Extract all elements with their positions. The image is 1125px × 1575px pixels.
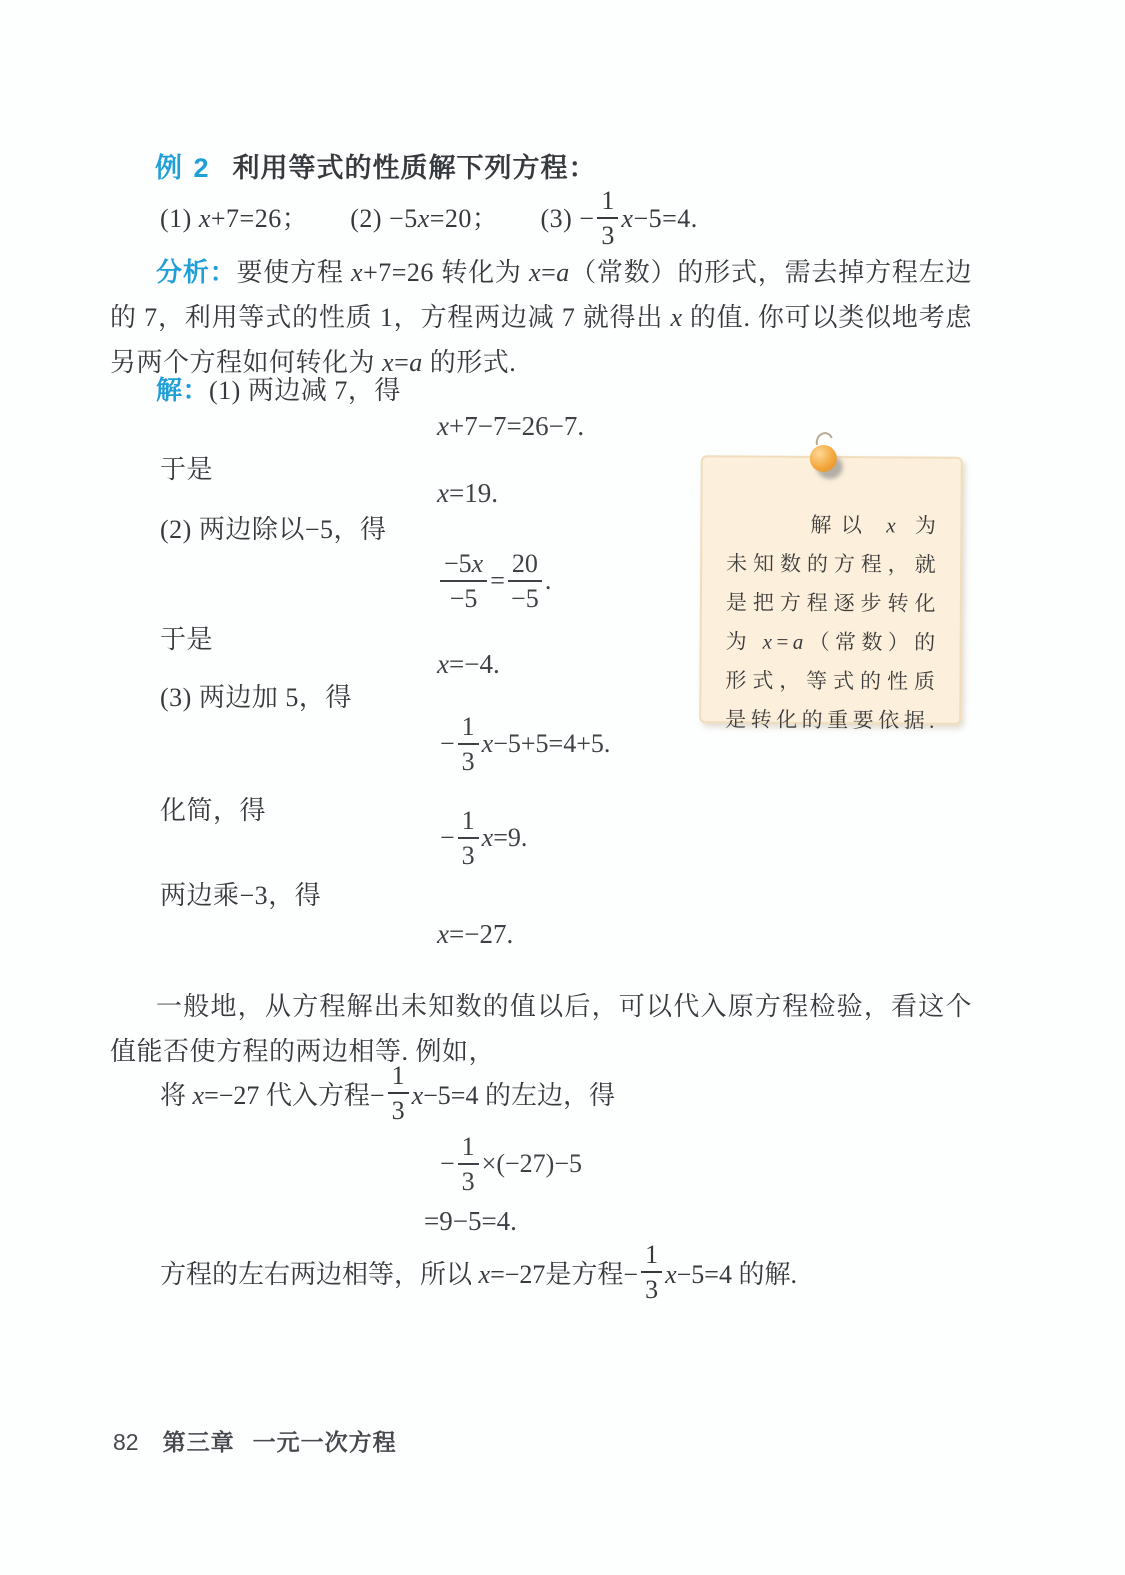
- minus-sign: −: [440, 728, 455, 760]
- problem-3: (3) −13x−5=4.: [540, 187, 697, 250]
- solution-label: 解：: [156, 375, 209, 405]
- evaluate-result: =9−5=4.: [424, 1205, 517, 1237]
- page-number: 82: [113, 1429, 139, 1456]
- equation-5-rest: x−5+5=4+5.: [482, 728, 611, 760]
- fraction-denominator: 3: [458, 745, 479, 775]
- fraction-denominator: −5: [440, 582, 487, 612]
- equation-3: −5x−5 = 20−5 .: [437, 543, 551, 619]
- simplify-intro: 化简，得: [160, 793, 266, 827]
- evaluate-expression: −13×(−27)−5: [440, 1132, 582, 1196]
- fraction: −5x−5: [440, 550, 487, 613]
- fraction-denominator: 3: [458, 1165, 479, 1195]
- fraction-numerator: 1: [458, 1133, 479, 1165]
- minus-sign: −: [440, 822, 455, 854]
- section-title: 一元一次方程: [253, 1424, 397, 1457]
- fraction-denominator: −5: [508, 582, 542, 612]
- check-paragraph: 一般地，从方程解出未知数的值以后，可以代入原方程检验，看这个值能否使方程的两边相…: [110, 984, 972, 1074]
- fraction-numerator: −5x: [440, 550, 487, 582]
- example-title: 利用等式的性质解下列方程：: [233, 153, 597, 183]
- equation-3-period: .: [545, 565, 552, 597]
- substitute-pre: 将 x=−27 代入方程−: [160, 1075, 385, 1112]
- equals-sign: =: [490, 565, 505, 597]
- equation-6: −13x=9.: [440, 806, 527, 870]
- margin-note: 解以 x 为未知数的方程，就是把方程逐步转化为 x=a（常数）的形式，等式的性质…: [699, 455, 963, 725]
- fraction-denominator: 3: [388, 1094, 409, 1124]
- analysis-text: 要使方程 x+7=26 转化为 x=a（常数）的形式，需去掉方程左边的 7，利用…: [110, 257, 972, 377]
- problems-row: (1) x+7=26； (2) −5x=20； (3) −13x−5=4.: [160, 186, 740, 250]
- fraction-numerator: 20: [508, 550, 542, 582]
- analysis-label: 分析：: [156, 257, 236, 287]
- problem-1: (1) x+7=26；: [160, 201, 308, 236]
- fraction-denominator: 3: [641, 1273, 662, 1303]
- fraction: 13: [458, 1133, 479, 1196]
- substitute-post: x−5=4 的左边，得: [412, 1075, 615, 1112]
- example-label: 例 2: [155, 153, 211, 183]
- problem-3-pre: (3) −: [540, 201, 594, 236]
- fraction: 13: [458, 807, 479, 870]
- equation-1: x+7−7=26−7.: [437, 410, 584, 442]
- equation-7: x=−27.: [437, 918, 513, 950]
- substitute-line: 将 x=−27 代入方程−13x−5=4 的左边，得: [160, 1062, 615, 1124]
- fraction-numerator: 1: [641, 1241, 662, 1273]
- page-footer: 82 第三章 一元一次方程: [113, 1424, 397, 1457]
- fraction: 13: [388, 1062, 409, 1125]
- example-heading: 例 2利用等式的性质解下列方程：: [155, 146, 597, 185]
- solution-step-1: 解：(1) 两边减 7，得: [110, 368, 972, 413]
- equation-5: −13x−5+5=4+5.: [440, 712, 610, 776]
- fraction-numerator: 1: [458, 713, 479, 745]
- conclusion-line: 方程的左右两边相等，所以 x=−27是方程−13x−5=4 的解.: [160, 1240, 797, 1304]
- conclusion-post: x−5=4 的解.: [665, 1254, 797, 1291]
- fraction: 13: [597, 187, 618, 250]
- fraction-numerator: 1: [458, 807, 479, 839]
- fraction-denominator: 3: [458, 839, 479, 869]
- margin-note-text: 解以 x 为未知数的方程，就是把方程逐步转化为 x=a（常数）的形式，等式的性质…: [725, 505, 940, 740]
- then-2: 于是: [160, 622, 213, 656]
- chapter-label: 第三章: [163, 1424, 235, 1457]
- step-1-intro: (1) 两边减 7，得: [209, 375, 401, 405]
- analysis-paragraph: 分析：要使方程 x+7=26 转化为 x=a（常数）的形式，需去掉方程左边的 7…: [110, 250, 972, 385]
- equation-4: x=−4.: [437, 648, 500, 680]
- fraction: 13: [641, 1241, 662, 1304]
- evaluate-rest: ×(−27)−5: [482, 1148, 582, 1180]
- conclusion-pre: 方程的左右两边相等，所以 x=−27是方程−: [160, 1254, 638, 1291]
- fraction: 20−5: [508, 550, 542, 613]
- problem-2: (2) −5x=20；: [350, 201, 498, 236]
- multiply-intro: 两边乘−3，得: [160, 878, 321, 913]
- minus-sign: −: [440, 1148, 455, 1180]
- equation-6-rest: x=9.: [482, 822, 528, 854]
- pushpin-ball: [810, 445, 837, 472]
- fraction-numerator: 1: [388, 1062, 409, 1094]
- fraction: 13: [458, 713, 479, 776]
- step-3-intro: (3) 两边加 5，得: [160, 680, 352, 715]
- textbook-page: 例 2利用等式的性质解下列方程： (1) x+7=26； (2) −5x=20；…: [0, 0, 1125, 1575]
- equation-2: x=19.: [437, 477, 498, 509]
- then-1: 于是: [160, 452, 213, 486]
- problem-3-post: x−5=4.: [621, 201, 697, 236]
- fraction-numerator: 1: [597, 187, 618, 219]
- fraction-denominator: 3: [597, 219, 618, 249]
- step-2-intro: (2) 两边除以−5，得: [160, 512, 387, 547]
- pushpin-icon: [810, 445, 838, 473]
